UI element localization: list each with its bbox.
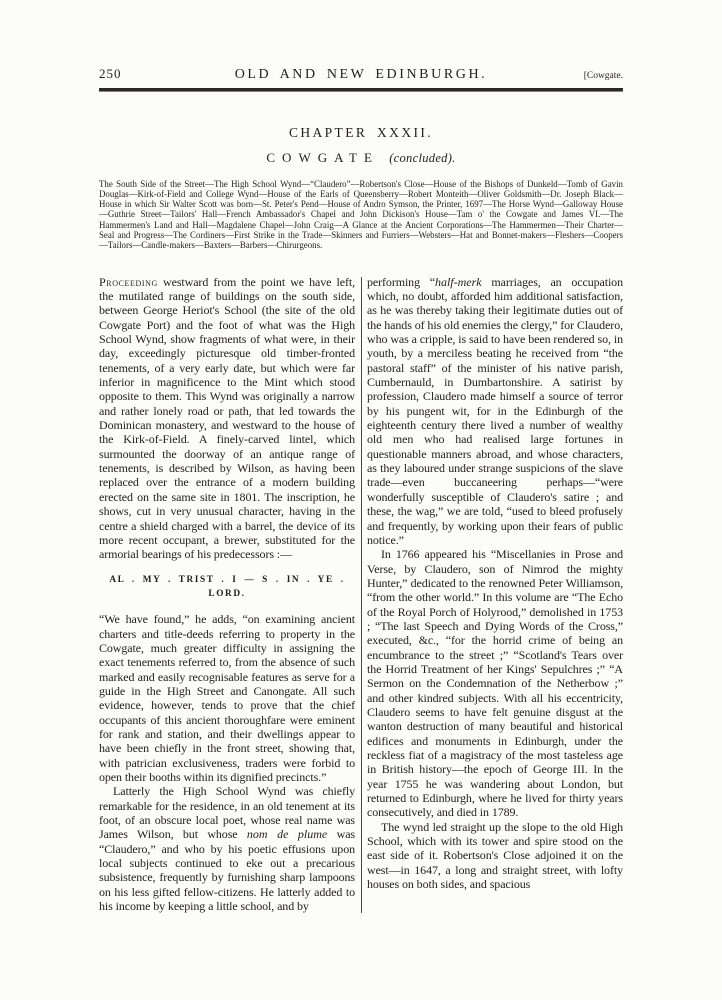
column-divider (361, 277, 362, 914)
body-paragraph: Proceeding westward from the point we ha… (99, 275, 355, 562)
chapter-subtitle: COWGATE (concluded). (99, 150, 623, 166)
chapter-subtitle-main: COWGATE (266, 150, 379, 165)
text-segment: half-merk (435, 275, 482, 289)
text-segment: “We have found,” he adds, “on examining … (99, 612, 355, 784)
chapter-heading: CHAPTER XXXII. (99, 125, 623, 141)
text-segment: westward from the point we have left, th… (99, 275, 355, 562)
text-segment: marriages, an occupation which, no doubt… (367, 275, 623, 547)
book-page: 250 OLD AND NEW EDINBURGH. [Cowgate. CHA… (0, 0, 722, 1000)
text-segment: In 1766 appeared his “Miscellanies in Pr… (367, 547, 623, 819)
margin-note: [Cowgate. (533, 71, 623, 81)
body-paragraph: “We have found,” he adds, “on examining … (99, 612, 355, 784)
text-segment: Proceeding (99, 275, 158, 289)
text-segment: The wynd led straight up the slope to th… (367, 820, 623, 891)
running-header: 250 OLD AND NEW EDINBURGH. [Cowgate. (99, 66, 623, 83)
lintel-inscription: AL . MY . TRIST . I — S . IN . YE . LORD… (99, 573, 355, 602)
page-number: 250 (99, 66, 189, 82)
page-content: 250 OLD AND NEW EDINBURGH. [Cowgate. CHA… (99, 0, 623, 913)
text-column-left: Proceeding westward from the point we ha… (99, 275, 355, 914)
body-paragraph: In 1766 appeared his “Miscellanies in Pr… (367, 547, 623, 820)
running-title: OLD AND NEW EDINBURGH. (189, 67, 533, 83)
body-paragraph: performing “half-merk marriages, an occu… (367, 275, 623, 548)
text-segment: nom de plume (247, 827, 327, 841)
chapter-summary: The South Side of the Street—The High Sc… (99, 179, 623, 251)
text-column-right: performing “half-merk marriages, an occu… (367, 275, 623, 914)
text-columns: Proceeding westward from the point we ha… (99, 275, 623, 914)
text-segment: AL . MY . TRIST . I — S . IN . YE . LORD… (109, 575, 344, 599)
text-segment: performing “ (367, 275, 435, 289)
body-paragraph: Latterly the High School Wynd was chiefl… (99, 784, 355, 913)
body-paragraph: The wynd led straight up the slope to th… (367, 820, 623, 892)
header-rule (99, 88, 623, 92)
chapter-subtitle-note: (concluded). (389, 151, 455, 165)
